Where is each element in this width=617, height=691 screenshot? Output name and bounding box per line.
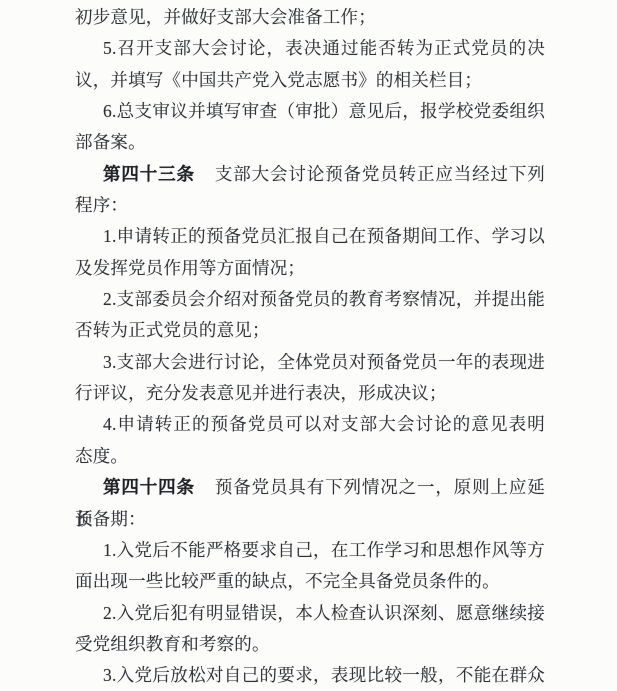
article-heading-text: 支部大会讨论预备党员转正应当经过下列 bbox=[215, 164, 545, 184]
text-line: 2.入党后犯有明显错误，本人检查认识深刻、愿意继续接 bbox=[75, 598, 545, 629]
article-heading-line: 第四十四条预备党员具有下列情况之一，原则上应延长 bbox=[75, 472, 545, 503]
text-line: 部备案。 bbox=[75, 127, 545, 158]
article-number: 第四十四条 bbox=[103, 477, 195, 497]
text-line: 行评议，充分发表意见并进行表决，形成决议； bbox=[75, 378, 545, 409]
text-line: 6.总支审议并填写审查（审批）意见后，报学校党委组织 bbox=[75, 96, 545, 127]
text-line: 1.入党后不能严格要求自己，在工作学习和思想作风等方 bbox=[75, 535, 545, 566]
text-line: 否转为正式党员的意见； bbox=[75, 315, 545, 346]
text-line: 面出现一些比较严重的缺点，不完全具备党员条件的。 bbox=[75, 566, 545, 597]
article-heading-line: 第四十三条支部大会讨论预备党员转正应当经过下列 bbox=[75, 159, 545, 190]
article-number: 第四十三条 bbox=[103, 164, 195, 184]
text-line: 1.申请转正的预备党员汇报自己在预备期间工作、学习以 bbox=[75, 221, 545, 252]
document-page: 初步意见，并做好支部大会准备工作；5.召开支部大会讨论，表决通过能否转为正式党员… bbox=[0, 0, 617, 691]
text-line: 程序： bbox=[75, 190, 545, 221]
text-line: 3.支部大会进行讨论，全体党员对预备党员一年的表现进 bbox=[75, 347, 545, 378]
text-line: 预备期： bbox=[75, 504, 545, 535]
document-text-column: 初步意见，并做好支部大会准备工作；5.召开支部大会讨论，表决通过能否转为正式党员… bbox=[75, 2, 545, 691]
text-line: 2.支部委员会介绍对预备党员的教育考察情况，并提出能 bbox=[75, 284, 545, 315]
text-line: 初步意见，并做好支部大会准备工作； bbox=[75, 2, 545, 33]
text-line: 态度。 bbox=[75, 441, 545, 472]
text-line: 议，并填写《中国共产党入党志愿书》的相关栏目； bbox=[75, 65, 545, 96]
text-line: 5.召开支部大会讨论，表决通过能否转为正式党员的决 bbox=[75, 33, 545, 64]
text-line: 及发挥党员作用等方面情况； bbox=[75, 253, 545, 284]
text-line: 受党组织教育和考察的。 bbox=[75, 629, 545, 660]
text-line: 3.入党后放松对自己的要求，表现比较一般，不能在群众 bbox=[75, 660, 545, 691]
text-line: 4.申请转正的预备党员可以对支部大会讨论的意见表明 bbox=[75, 409, 545, 440]
